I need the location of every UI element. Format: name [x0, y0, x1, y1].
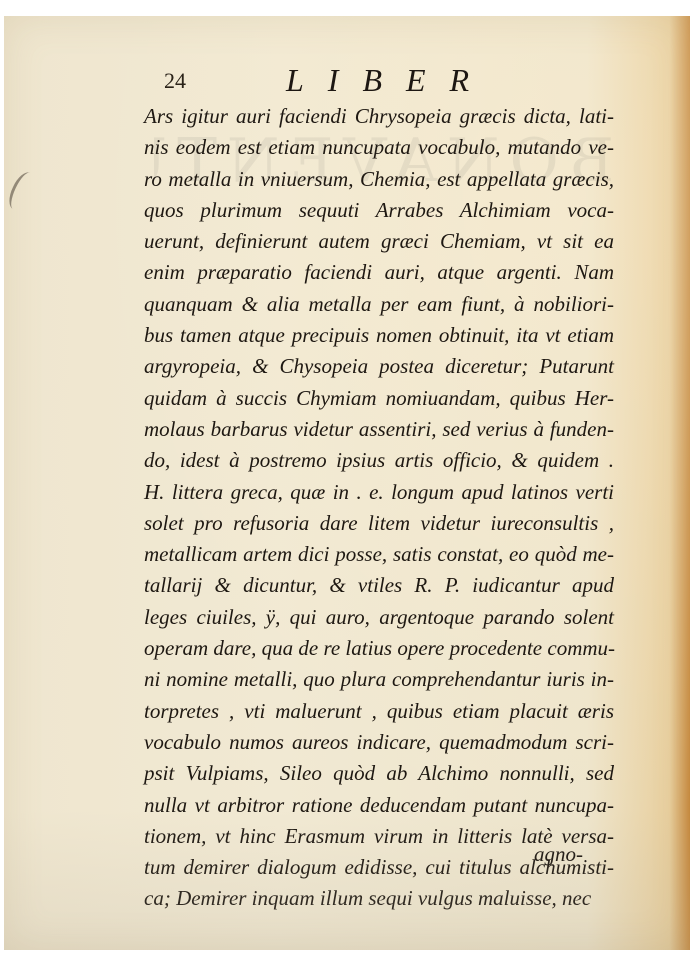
ink-stain — [4, 169, 38, 213]
text-line: argyropeia, & Chysopeia postea diceretur… — [144, 351, 614, 382]
text-line: nulla vt arbitror ratione deducendam put… — [144, 790, 614, 821]
text-line: quanquam & alia metalla per eam fiunt, à… — [144, 289, 614, 320]
text-line: solet pro refusoria dare litem videtur i… — [144, 508, 614, 539]
text-line: H. littera greca, quæ in . e. longum apu… — [144, 477, 614, 508]
text-line: leges ciuiles, ÿ, qui auro, argentoque p… — [144, 602, 614, 633]
text-line: quos plurimum sequuti Arrabes Alchimiam … — [144, 195, 614, 226]
text-line: metallicam artem dici posse, satis const… — [144, 539, 614, 570]
text-line: uerunt, definierunt autem græci Chemiam,… — [144, 226, 614, 257]
text-line: torpretes , vti maluerunt , quibus etiam… — [144, 696, 614, 727]
catchword: agno- — [534, 842, 583, 867]
text-line: psit Vulpiams, Sileo quòd ab Alchimo non… — [144, 758, 614, 789]
text-line: tallarij & dicuntur, & vtiles R. P. iudi… — [144, 570, 614, 601]
text-line: ro metalla in vniuersum, Chemia, est app… — [144, 164, 614, 195]
text-line: ca; Demirer inquam illum sequi vulgus ma… — [144, 883, 614, 914]
text-line: do, idest à postremo ipsius artis offici… — [144, 445, 614, 476]
text-line: operam dare, qua de re latius opere proc… — [144, 633, 614, 664]
text-line: ni nomine metalli, quo plura comprehenda… — [144, 664, 614, 695]
text-line: tum demirer dialogum edidisse, cui titul… — [144, 852, 614, 883]
body-text: Ars igitur auri faciendi Chrysopeia græc… — [144, 101, 614, 915]
text-line: Ars igitur auri faciendi Chrysopeia græc… — [144, 101, 614, 132]
page-header: 24 LIBER — [4, 62, 690, 102]
book-page: BONAVENTURA 24 LIBER Ars igitur auri fac… — [4, 16, 690, 950]
text-line: bus tamen atque precipuis nomen obtinuit… — [144, 320, 614, 351]
text-line: tionem, vt hinc Erasmum virum in litteri… — [144, 821, 614, 852]
text-line: vocabulo numos aureos indicare, quemadmo… — [144, 727, 614, 758]
text-line: nis eodem est etiam nuncupata vocabulo, … — [144, 132, 614, 163]
page-number: 24 — [164, 68, 186, 94]
text-line: enim præparatio faciendi auri, atque arg… — [144, 257, 614, 288]
text-line: molaus barbarus videtur assentiri, sed v… — [144, 414, 614, 445]
running-head: LIBER — [286, 62, 493, 99]
text-line: quidam à succis Chymiam nomiuandam, quib… — [144, 383, 614, 414]
